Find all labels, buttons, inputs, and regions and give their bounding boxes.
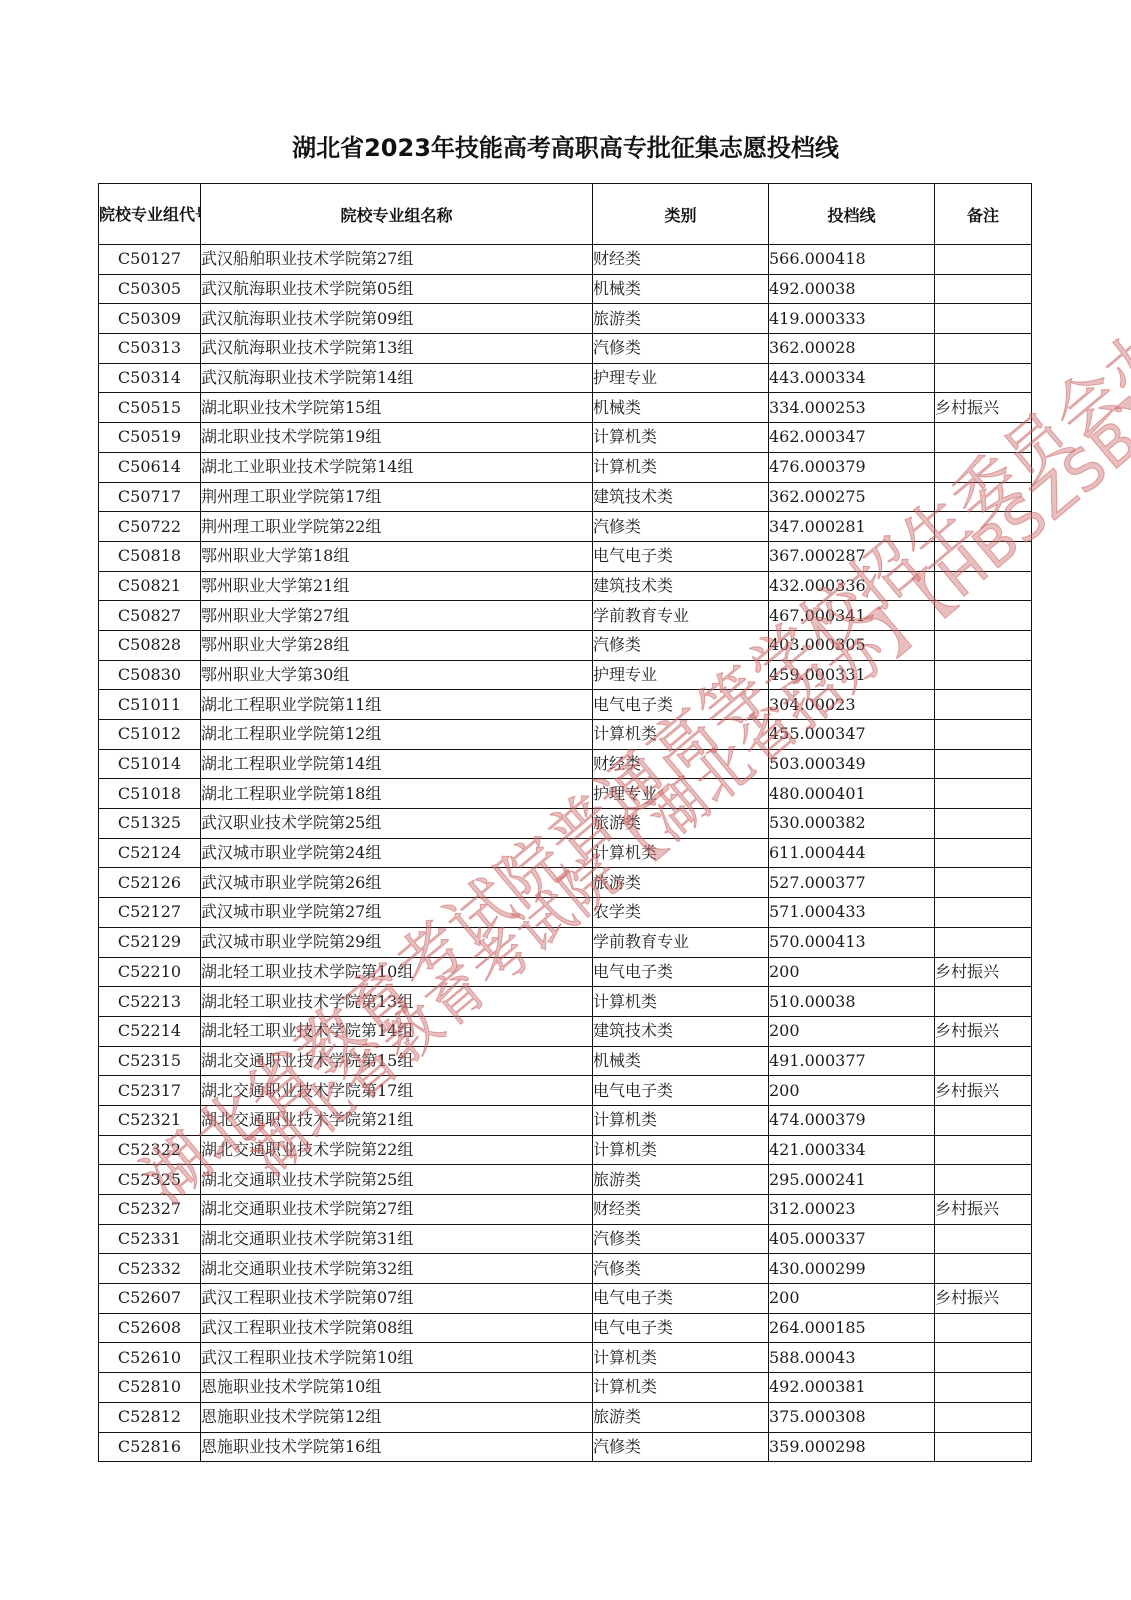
cell-category: 计算机类: [593, 1343, 769, 1373]
cell-code: C50314: [99, 363, 201, 393]
cell-category: 电气电子类: [593, 1313, 769, 1343]
cell-name: 鄂州职业大学第18组: [201, 541, 593, 571]
cell-score: 375.000308: [769, 1402, 935, 1432]
cell-category: 学前教育专业: [593, 927, 769, 957]
cell-score: 200: [769, 1284, 935, 1314]
cell-code: C52127: [99, 898, 201, 928]
cell-category: 电气电子类: [593, 541, 769, 571]
cell-note: [935, 512, 1032, 542]
cell-note: [935, 452, 1032, 482]
table-row: C52321湖北交通职业技术学院第21组计算机类474.000379: [99, 1105, 1032, 1135]
cell-category: 旅游类: [593, 809, 769, 839]
cell-category: 财经类: [593, 245, 769, 275]
cell-note: [935, 720, 1032, 750]
cell-score: 347.000281: [769, 512, 935, 542]
cell-score: 200: [769, 957, 935, 987]
cell-name: 武汉航海职业技术学院第14组: [201, 363, 593, 393]
cell-name: 恩施职业技术学院第10组: [201, 1373, 593, 1403]
cell-name: 湖北工业职业技术学院第14组: [201, 452, 593, 482]
cell-code: C51011: [99, 690, 201, 720]
cell-category: 电气电子类: [593, 690, 769, 720]
table-row: C50314武汉航海职业技术学院第14组护理专业443.000334: [99, 363, 1032, 393]
cell-code: C52214: [99, 1016, 201, 1046]
table-header-row: 院校专业组代号 院校专业组名称 类别 投档线 备注: [99, 184, 1032, 245]
cell-name: 湖北交通职业技术学院第31组: [201, 1224, 593, 1254]
cell-category: 计算机类: [593, 423, 769, 453]
cell-note: [935, 1135, 1032, 1165]
cell-code: C52610: [99, 1343, 201, 1373]
cell-name: 武汉城市职业学院第26组: [201, 868, 593, 898]
table-row: C52126武汉城市职业学院第26组旅游类527.000377: [99, 868, 1032, 898]
cell-category: 汽修类: [593, 1254, 769, 1284]
cell-note: [935, 660, 1032, 690]
cell-note: [935, 571, 1032, 601]
cell-score: 405.000337: [769, 1224, 935, 1254]
table-row: C52812恩施职业技术学院第12组旅游类375.000308: [99, 1402, 1032, 1432]
cell-note: [935, 749, 1032, 779]
cell-score: 480.000401: [769, 779, 935, 809]
cell-note: [935, 423, 1032, 453]
cell-category: 计算机类: [593, 1373, 769, 1403]
cell-code: C52322: [99, 1135, 201, 1165]
table-row: C50722荆州理工职业学院第22组汽修类347.000281: [99, 512, 1032, 542]
cell-code: C52332: [99, 1254, 201, 1284]
cell-name: 武汉城市职业学院第24组: [201, 838, 593, 868]
cell-name: 武汉工程职业技术学院第07组: [201, 1284, 593, 1314]
cell-score: 566.000418: [769, 245, 935, 275]
cell-code: C52124: [99, 838, 201, 868]
cell-score: 462.000347: [769, 423, 935, 453]
cell-score: 503.000349: [769, 749, 935, 779]
cell-note: [935, 838, 1032, 868]
cell-note: [935, 1313, 1032, 1343]
cell-code: C52315: [99, 1046, 201, 1076]
cell-code: C50717: [99, 482, 201, 512]
header-code: 院校专业组代号: [99, 184, 201, 245]
cell-code: C50828: [99, 630, 201, 660]
table-row: C50827鄂州职业大学第27组学前教育专业467.000341: [99, 601, 1032, 631]
cell-category: 建筑技术类: [593, 571, 769, 601]
cell-score: 474.000379: [769, 1105, 935, 1135]
cell-name: 武汉航海职业技术学院第13组: [201, 334, 593, 364]
cell-score: 530.000382: [769, 809, 935, 839]
table-row: C52315湖北交通职业技术学院第15组机械类491.000377: [99, 1046, 1032, 1076]
table-row: C51011湖北工程职业学院第11组电气电子类304.00023: [99, 690, 1032, 720]
cell-name: 武汉工程职业技术学院第08组: [201, 1313, 593, 1343]
cell-note: 乡村振兴: [935, 393, 1032, 423]
cell-category: 护理专业: [593, 363, 769, 393]
cell-category: 建筑技术类: [593, 1016, 769, 1046]
cell-note: 乡村振兴: [935, 957, 1032, 987]
cell-note: [935, 779, 1032, 809]
table-row: C50614湖北工业职业技术学院第14组计算机类476.000379: [99, 452, 1032, 482]
cell-category: 电气电子类: [593, 957, 769, 987]
cell-code: C50127: [99, 245, 201, 275]
cell-name: 湖北交通职业技术学院第21组: [201, 1105, 593, 1135]
table-body: C50127武汉船舶职业技术学院第27组财经类566.000418C50305武…: [99, 245, 1032, 1462]
table-row: C52214湖北轻工职业技术学院第14组建筑技术类200乡村振兴: [99, 1016, 1032, 1046]
table-row: C52127武汉城市职业学院第27组农学类571.000433: [99, 898, 1032, 928]
cell-score: 304.00023: [769, 690, 935, 720]
cell-note: 乡村振兴: [935, 1195, 1032, 1225]
table-row: C52608武汉工程职业技术学院第08组电气电子类264.000185: [99, 1313, 1032, 1343]
cell-code: C50305: [99, 274, 201, 304]
cell-score: 359.000298: [769, 1432, 935, 1462]
cell-code: C50519: [99, 423, 201, 453]
table-row: C50515湖北职业技术学院第15组机械类334.000253乡村振兴: [99, 393, 1032, 423]
cell-category: 机械类: [593, 274, 769, 304]
cell-note: [935, 541, 1032, 571]
cell-code: C51012: [99, 720, 201, 750]
cell-category: 机械类: [593, 1046, 769, 1076]
cell-note: [935, 1105, 1032, 1135]
cell-code: C50827: [99, 601, 201, 631]
cell-code: C52331: [99, 1224, 201, 1254]
cell-code: C52810: [99, 1373, 201, 1403]
cell-category: 农学类: [593, 898, 769, 928]
cell-score: 571.000433: [769, 898, 935, 928]
cell-code: C52317: [99, 1076, 201, 1106]
table-row: C51325武汉职业技术学院第25组旅游类530.000382: [99, 809, 1032, 839]
cell-category: 汽修类: [593, 630, 769, 660]
cell-note: [935, 690, 1032, 720]
cell-score: 510.00038: [769, 987, 935, 1017]
cell-note: [935, 274, 1032, 304]
cell-name: 武汉航海职业技术学院第09组: [201, 304, 593, 334]
cell-code: C51018: [99, 779, 201, 809]
cell-category: 旅游类: [593, 1402, 769, 1432]
cell-name: 鄂州职业大学第30组: [201, 660, 593, 690]
cell-name: 湖北交通职业技术学院第27组: [201, 1195, 593, 1225]
cell-score: 432.000336: [769, 571, 935, 601]
cell-code: C52325: [99, 1165, 201, 1195]
cell-code: C52327: [99, 1195, 201, 1225]
cell-score: 492.000381: [769, 1373, 935, 1403]
cell-score: 334.000253: [769, 393, 935, 423]
cell-name: 武汉职业技术学院第25组: [201, 809, 593, 839]
cell-name: 荆州理工职业学院第22组: [201, 512, 593, 542]
cell-name: 湖北工程职业学院第18组: [201, 779, 593, 809]
cell-code: C52607: [99, 1284, 201, 1314]
table-row: C52332湖北交通职业技术学院第32组汽修类430.000299: [99, 1254, 1032, 1284]
header-category: 类别: [593, 184, 769, 245]
cell-note: [935, 898, 1032, 928]
cell-code: C50309: [99, 304, 201, 334]
cell-score: 312.00023: [769, 1195, 935, 1225]
cell-code: C50614: [99, 452, 201, 482]
cell-code: C51325: [99, 809, 201, 839]
cell-note: 乡村振兴: [935, 1016, 1032, 1046]
cell-note: [935, 868, 1032, 898]
cell-category: 护理专业: [593, 779, 769, 809]
cell-score: 570.000413: [769, 927, 935, 957]
table-row: C50828鄂州职业大学第28组汽修类403.000305: [99, 630, 1032, 660]
cell-name: 湖北工程职业学院第12组: [201, 720, 593, 750]
cell-score: 588.00043: [769, 1343, 935, 1373]
cell-score: 455.000347: [769, 720, 935, 750]
cell-category: 财经类: [593, 749, 769, 779]
cell-note: [935, 1343, 1032, 1373]
cell-code: C50722: [99, 512, 201, 542]
table-row: C50305武汉航海职业技术学院第05组机械类492.00038: [99, 274, 1032, 304]
header-name: 院校专业组名称: [201, 184, 593, 245]
cell-category: 学前教育专业: [593, 601, 769, 631]
cell-note: [935, 304, 1032, 334]
cell-name: 湖北轻工职业技术学院第13组: [201, 987, 593, 1017]
cell-name: 武汉城市职业学院第27组: [201, 898, 593, 928]
cell-score: 419.000333: [769, 304, 935, 334]
document-title: 湖北省2023年技能高考高职高专批征集志愿投档线: [0, 128, 1131, 163]
cell-score: 200: [769, 1016, 935, 1046]
cell-category: 计算机类: [593, 838, 769, 868]
cell-category: 旅游类: [593, 868, 769, 898]
cell-code: C51014: [99, 749, 201, 779]
table-row: C50821鄂州职业大学第21组建筑技术类432.000336: [99, 571, 1032, 601]
table-row: C52322湖北交通职业技术学院第22组计算机类421.000334: [99, 1135, 1032, 1165]
table-row: C50818鄂州职业大学第18组电气电子类367.000287: [99, 541, 1032, 571]
table-row: C50127武汉船舶职业技术学院第27组财经类566.000418: [99, 245, 1032, 275]
cell-note: [935, 630, 1032, 660]
cell-score: 421.000334: [769, 1135, 935, 1165]
cell-note: [935, 1224, 1032, 1254]
cell-category: 汽修类: [593, 334, 769, 364]
cell-category: 旅游类: [593, 304, 769, 334]
cell-note: [935, 334, 1032, 364]
table-row: C52816恩施职业技术学院第16组汽修类359.000298: [99, 1432, 1032, 1462]
cell-category: 计算机类: [593, 987, 769, 1017]
cell-category: 计算机类: [593, 720, 769, 750]
cell-note: [935, 1165, 1032, 1195]
cell-category: 计算机类: [593, 452, 769, 482]
table-row: C51014湖北工程职业学院第14组财经类503.000349: [99, 749, 1032, 779]
cell-score: 362.00028: [769, 334, 935, 364]
cell-category: 电气电子类: [593, 1076, 769, 1106]
cell-name: 鄂州职业大学第28组: [201, 630, 593, 660]
cell-name: 恩施职业技术学院第16组: [201, 1432, 593, 1462]
cell-name: 湖北职业技术学院第19组: [201, 423, 593, 453]
cell-name: 湖北交通职业技术学院第25组: [201, 1165, 593, 1195]
cell-note: [935, 927, 1032, 957]
cell-name: 鄂州职业大学第27组: [201, 601, 593, 631]
cell-note: [935, 1254, 1032, 1284]
cell-name: 湖北交通职业技术学院第17组: [201, 1076, 593, 1106]
table-row: C51012湖北工程职业学院第12组计算机类455.000347: [99, 720, 1032, 750]
cell-name: 湖北交通职业技术学院第22组: [201, 1135, 593, 1165]
cell-score: 443.000334: [769, 363, 935, 393]
cell-name: 湖北轻工职业技术学院第14组: [201, 1016, 593, 1046]
cell-name: 武汉船舶职业技术学院第27组: [201, 245, 593, 275]
cell-category: 汽修类: [593, 512, 769, 542]
cell-name: 湖北职业技术学院第15组: [201, 393, 593, 423]
cell-score: 403.000305: [769, 630, 935, 660]
table-row: C50830鄂州职业大学第30组护理专业459.000331: [99, 660, 1032, 690]
table-row: C52210湖北轻工职业技术学院第10组电气电子类200乡村振兴: [99, 957, 1032, 987]
table-row: C52213湖北轻工职业技术学院第13组计算机类510.00038: [99, 987, 1032, 1017]
cell-score: 200: [769, 1076, 935, 1106]
table-row: C52129武汉城市职业学院第29组学前教育专业570.000413: [99, 927, 1032, 957]
cell-category: 计算机类: [593, 1135, 769, 1165]
cell-name: 武汉工程职业技术学院第10组: [201, 1343, 593, 1373]
cell-note: 乡村振兴: [935, 1076, 1032, 1106]
table-row: C52331湖北交通职业技术学院第31组汽修类405.000337: [99, 1224, 1032, 1254]
cell-note: [935, 1046, 1032, 1076]
cell-name: 武汉城市职业学院第29组: [201, 927, 593, 957]
cell-score: 362.000275: [769, 482, 935, 512]
cell-note: [935, 1373, 1032, 1403]
cell-name: 湖北工程职业学院第14组: [201, 749, 593, 779]
cell-note: [935, 1402, 1032, 1432]
cell-score: 264.000185: [769, 1313, 935, 1343]
cell-name: 鄂州职业大学第21组: [201, 571, 593, 601]
table-row: C50717荆州理工职业学院第17组建筑技术类362.000275: [99, 482, 1032, 512]
cell-category: 护理专业: [593, 660, 769, 690]
cell-note: [935, 363, 1032, 393]
cell-note: [935, 601, 1032, 631]
table-row: C52607武汉工程职业技术学院第07组电气电子类200乡村振兴: [99, 1284, 1032, 1314]
cell-name: 湖北工程职业学院第11组: [201, 690, 593, 720]
cell-name: 湖北交通职业技术学院第15组: [201, 1046, 593, 1076]
table-row: C52327湖北交通职业技术学院第27组财经类312.00023乡村振兴: [99, 1195, 1032, 1225]
cell-note: [935, 245, 1032, 275]
cell-name: 武汉航海职业技术学院第05组: [201, 274, 593, 304]
cell-code: C52126: [99, 868, 201, 898]
table-row: C51018湖北工程职业学院第18组护理专业480.000401: [99, 779, 1032, 809]
cell-category: 电气电子类: [593, 1284, 769, 1314]
cell-category: 计算机类: [593, 1105, 769, 1135]
cell-category: 汽修类: [593, 1224, 769, 1254]
cell-name: 湖北轻工职业技术学院第10组: [201, 957, 593, 987]
cell-name: 恩施职业技术学院第12组: [201, 1402, 593, 1432]
cell-note: [935, 482, 1032, 512]
table-row: C52317湖北交通职业技术学院第17组电气电子类200乡村振兴: [99, 1076, 1032, 1106]
cell-score: 367.000287: [769, 541, 935, 571]
cell-note: [935, 809, 1032, 839]
cell-code: C52129: [99, 927, 201, 957]
cell-code: C50515: [99, 393, 201, 423]
cell-code: C52321: [99, 1105, 201, 1135]
table-row: C52325湖北交通职业技术学院第25组旅游类295.000241: [99, 1165, 1032, 1195]
header-score: 投档线: [769, 184, 935, 245]
table-row: C52810恩施职业技术学院第10组计算机类492.000381: [99, 1373, 1032, 1403]
cell-score: 527.000377: [769, 868, 935, 898]
cell-code: C50313: [99, 334, 201, 364]
cell-category: 旅游类: [593, 1165, 769, 1195]
cell-category: 汽修类: [593, 1432, 769, 1462]
cell-code: C50830: [99, 660, 201, 690]
table-row: C50313武汉航海职业技术学院第13组汽修类362.00028: [99, 334, 1032, 364]
cell-score: 467.000341: [769, 601, 935, 631]
cell-code: C52213: [99, 987, 201, 1017]
cell-score: 459.000331: [769, 660, 935, 690]
cell-category: 机械类: [593, 393, 769, 423]
header-note: 备注: [935, 184, 1032, 245]
cell-score: 611.000444: [769, 838, 935, 868]
cell-code: C52210: [99, 957, 201, 987]
cell-code: C52816: [99, 1432, 201, 1462]
table-row: C50309武汉航海职业技术学院第09组旅游类419.000333: [99, 304, 1032, 334]
cell-score: 476.000379: [769, 452, 935, 482]
cell-code: C50821: [99, 571, 201, 601]
table-row: C52610武汉工程职业技术学院第10组计算机类588.00043: [99, 1343, 1032, 1373]
cell-category: 建筑技术类: [593, 482, 769, 512]
cell-name: 荆州理工职业学院第17组: [201, 482, 593, 512]
cell-code: C50818: [99, 541, 201, 571]
cell-score: 295.000241: [769, 1165, 935, 1195]
cell-category: 财经类: [593, 1195, 769, 1225]
cell-note: 乡村振兴: [935, 1284, 1032, 1314]
table-row: C50519湖北职业技术学院第19组计算机类462.000347: [99, 423, 1032, 453]
cell-code: C52812: [99, 1402, 201, 1432]
admission-score-table: 院校专业组代号 院校专业组名称 类别 投档线 备注 C50127武汉船舶职业技术…: [98, 183, 1032, 1462]
cell-code: C52608: [99, 1313, 201, 1343]
cell-score: 491.000377: [769, 1046, 935, 1076]
table-row: C52124武汉城市职业学院第24组计算机类611.000444: [99, 838, 1032, 868]
cell-score: 492.00038: [769, 274, 935, 304]
cell-note: [935, 987, 1032, 1017]
cell-score: 430.000299: [769, 1254, 935, 1284]
cell-name: 湖北交通职业技术学院第32组: [201, 1254, 593, 1284]
cell-note: [935, 1432, 1032, 1462]
